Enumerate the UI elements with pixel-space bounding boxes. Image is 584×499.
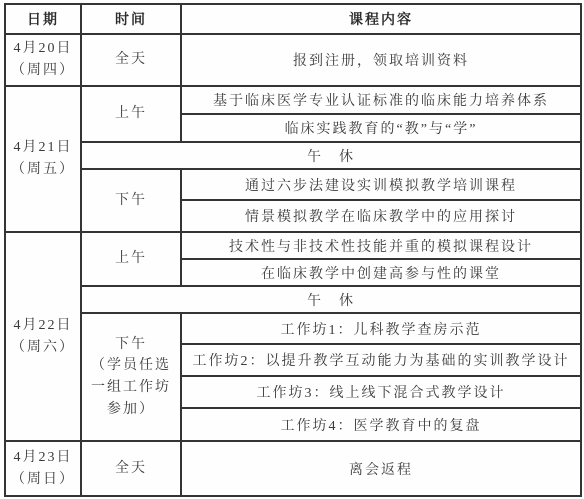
header-time: 时间 <box>81 4 181 34</box>
day3-workshop4-cell: 工作坊4：医学教育中的复盘 <box>181 408 581 441</box>
day3-lunch-cell: 午 休 <box>81 286 581 313</box>
day2-afternoon-content-2: 情景模拟教学在临床教学中的应用探讨 <box>181 200 581 232</box>
day1-content-cell: 报到注册，领取培训资料 <box>181 34 581 86</box>
day1-row: 4月20日 （周四） 全天 报到注册，领取培训资料 <box>5 34 581 86</box>
day1-date-line1: 4月20日 <box>6 38 80 60</box>
day2-afternoon-content-1: 通过六步法建设实训模拟教学培训课程 <box>181 169 581 200</box>
schedule-table: 日期 时间 课程内容 4月20日 （周四） 全天 报到注册，领取培训资料 4月2… <box>4 3 582 497</box>
day3-afternoon-label-line3: 一组工作坊 <box>82 377 180 399</box>
day1-date-line2: （周四） <box>6 60 80 82</box>
day4-date-cell: 4月23日 （周日） <box>5 441 81 496</box>
day3-morning-row1: 4月22日 （周六） 上午 技术性与非技术性技能并重的模拟课程设计 <box>5 232 581 259</box>
day2-date-line1: 4月21日 <box>6 137 80 159</box>
day3-afternoon-label-line2: （学员任选 <box>82 355 180 377</box>
day4-date-line2: （周日） <box>6 469 80 491</box>
day4-date-line1: 4月23日 <box>6 447 80 469</box>
day2-date-cell: 4月21日 （周五） <box>5 86 81 232</box>
day3-workshop3-cell: 工作坊3：线上线下混合式教学设计 <box>181 376 581 408</box>
day2-morning-content-1: 基于临床医学专业认证标准的临床能力培养体系 <box>181 86 581 114</box>
day3-morning-time-cell: 上午 <box>81 232 181 286</box>
day2-morning-time-cell: 上午 <box>81 86 181 142</box>
header-row: 日期 时间 课程内容 <box>5 4 581 34</box>
day4-content-cell: 离会返程 <box>181 441 581 496</box>
day3-afternoon-time-cell: 下午 （学员任选 一组工作坊 参加） <box>81 313 181 441</box>
day2-morning-row1: 4月21日 （周五） 上午 基于临床医学专业认证标准的临床能力培养体系 <box>5 86 581 114</box>
day3-workshop1-cell: 工作坊1：儿科教学查房示范 <box>181 313 581 344</box>
day3-date-line1: 4月22日 <box>6 315 80 337</box>
day2-afternoon-time-cell: 下午 <box>81 169 181 232</box>
scanned-schedule-page: 日期 时间 课程内容 4月20日 （周四） 全天 报到注册，领取培训资料 4月2… <box>0 0 584 499</box>
day4-row: 4月23日 （周日） 全天 离会返程 <box>5 441 581 496</box>
day1-time-cell: 全天 <box>81 34 181 86</box>
header-date: 日期 <box>5 4 81 34</box>
day2-morning-content-2: 临床实践教育的“教”与“学” <box>181 114 581 142</box>
day1-date-cell: 4月20日 （周四） <box>5 34 81 86</box>
day3-workshop-row1: 下午 （学员任选 一组工作坊 参加） 工作坊1：儿科教学查房示范 <box>5 313 581 344</box>
day4-time-cell: 全天 <box>81 441 181 496</box>
day3-afternoon-label-line4: 参加） <box>82 399 180 421</box>
day2-afternoon-row1: 下午 通过六步法建设实训模拟教学培训课程 <box>5 169 581 200</box>
header-content: 课程内容 <box>181 4 581 34</box>
day3-date-line2: （周六） <box>6 337 80 359</box>
day3-date-cell: 4月22日 （周六） <box>5 232 81 441</box>
day3-afternoon-label-line1: 下午 <box>82 334 180 356</box>
day3-lunch-row: 午 休 <box>5 286 581 313</box>
day3-morning-content-1: 技术性与非技术性技能并重的模拟课程设计 <box>181 232 581 259</box>
day3-morning-content-2: 在临床教学中创建高参与性的课堂 <box>181 259 581 286</box>
day2-date-line2: （周五） <box>6 159 80 181</box>
day2-lunch-row: 午 休 <box>5 142 581 169</box>
day2-lunch-cell: 午 休 <box>81 142 581 169</box>
day3-workshop2-cell: 工作坊2：以提升教学互动能力为基础的实训教学设计 <box>181 344 581 376</box>
